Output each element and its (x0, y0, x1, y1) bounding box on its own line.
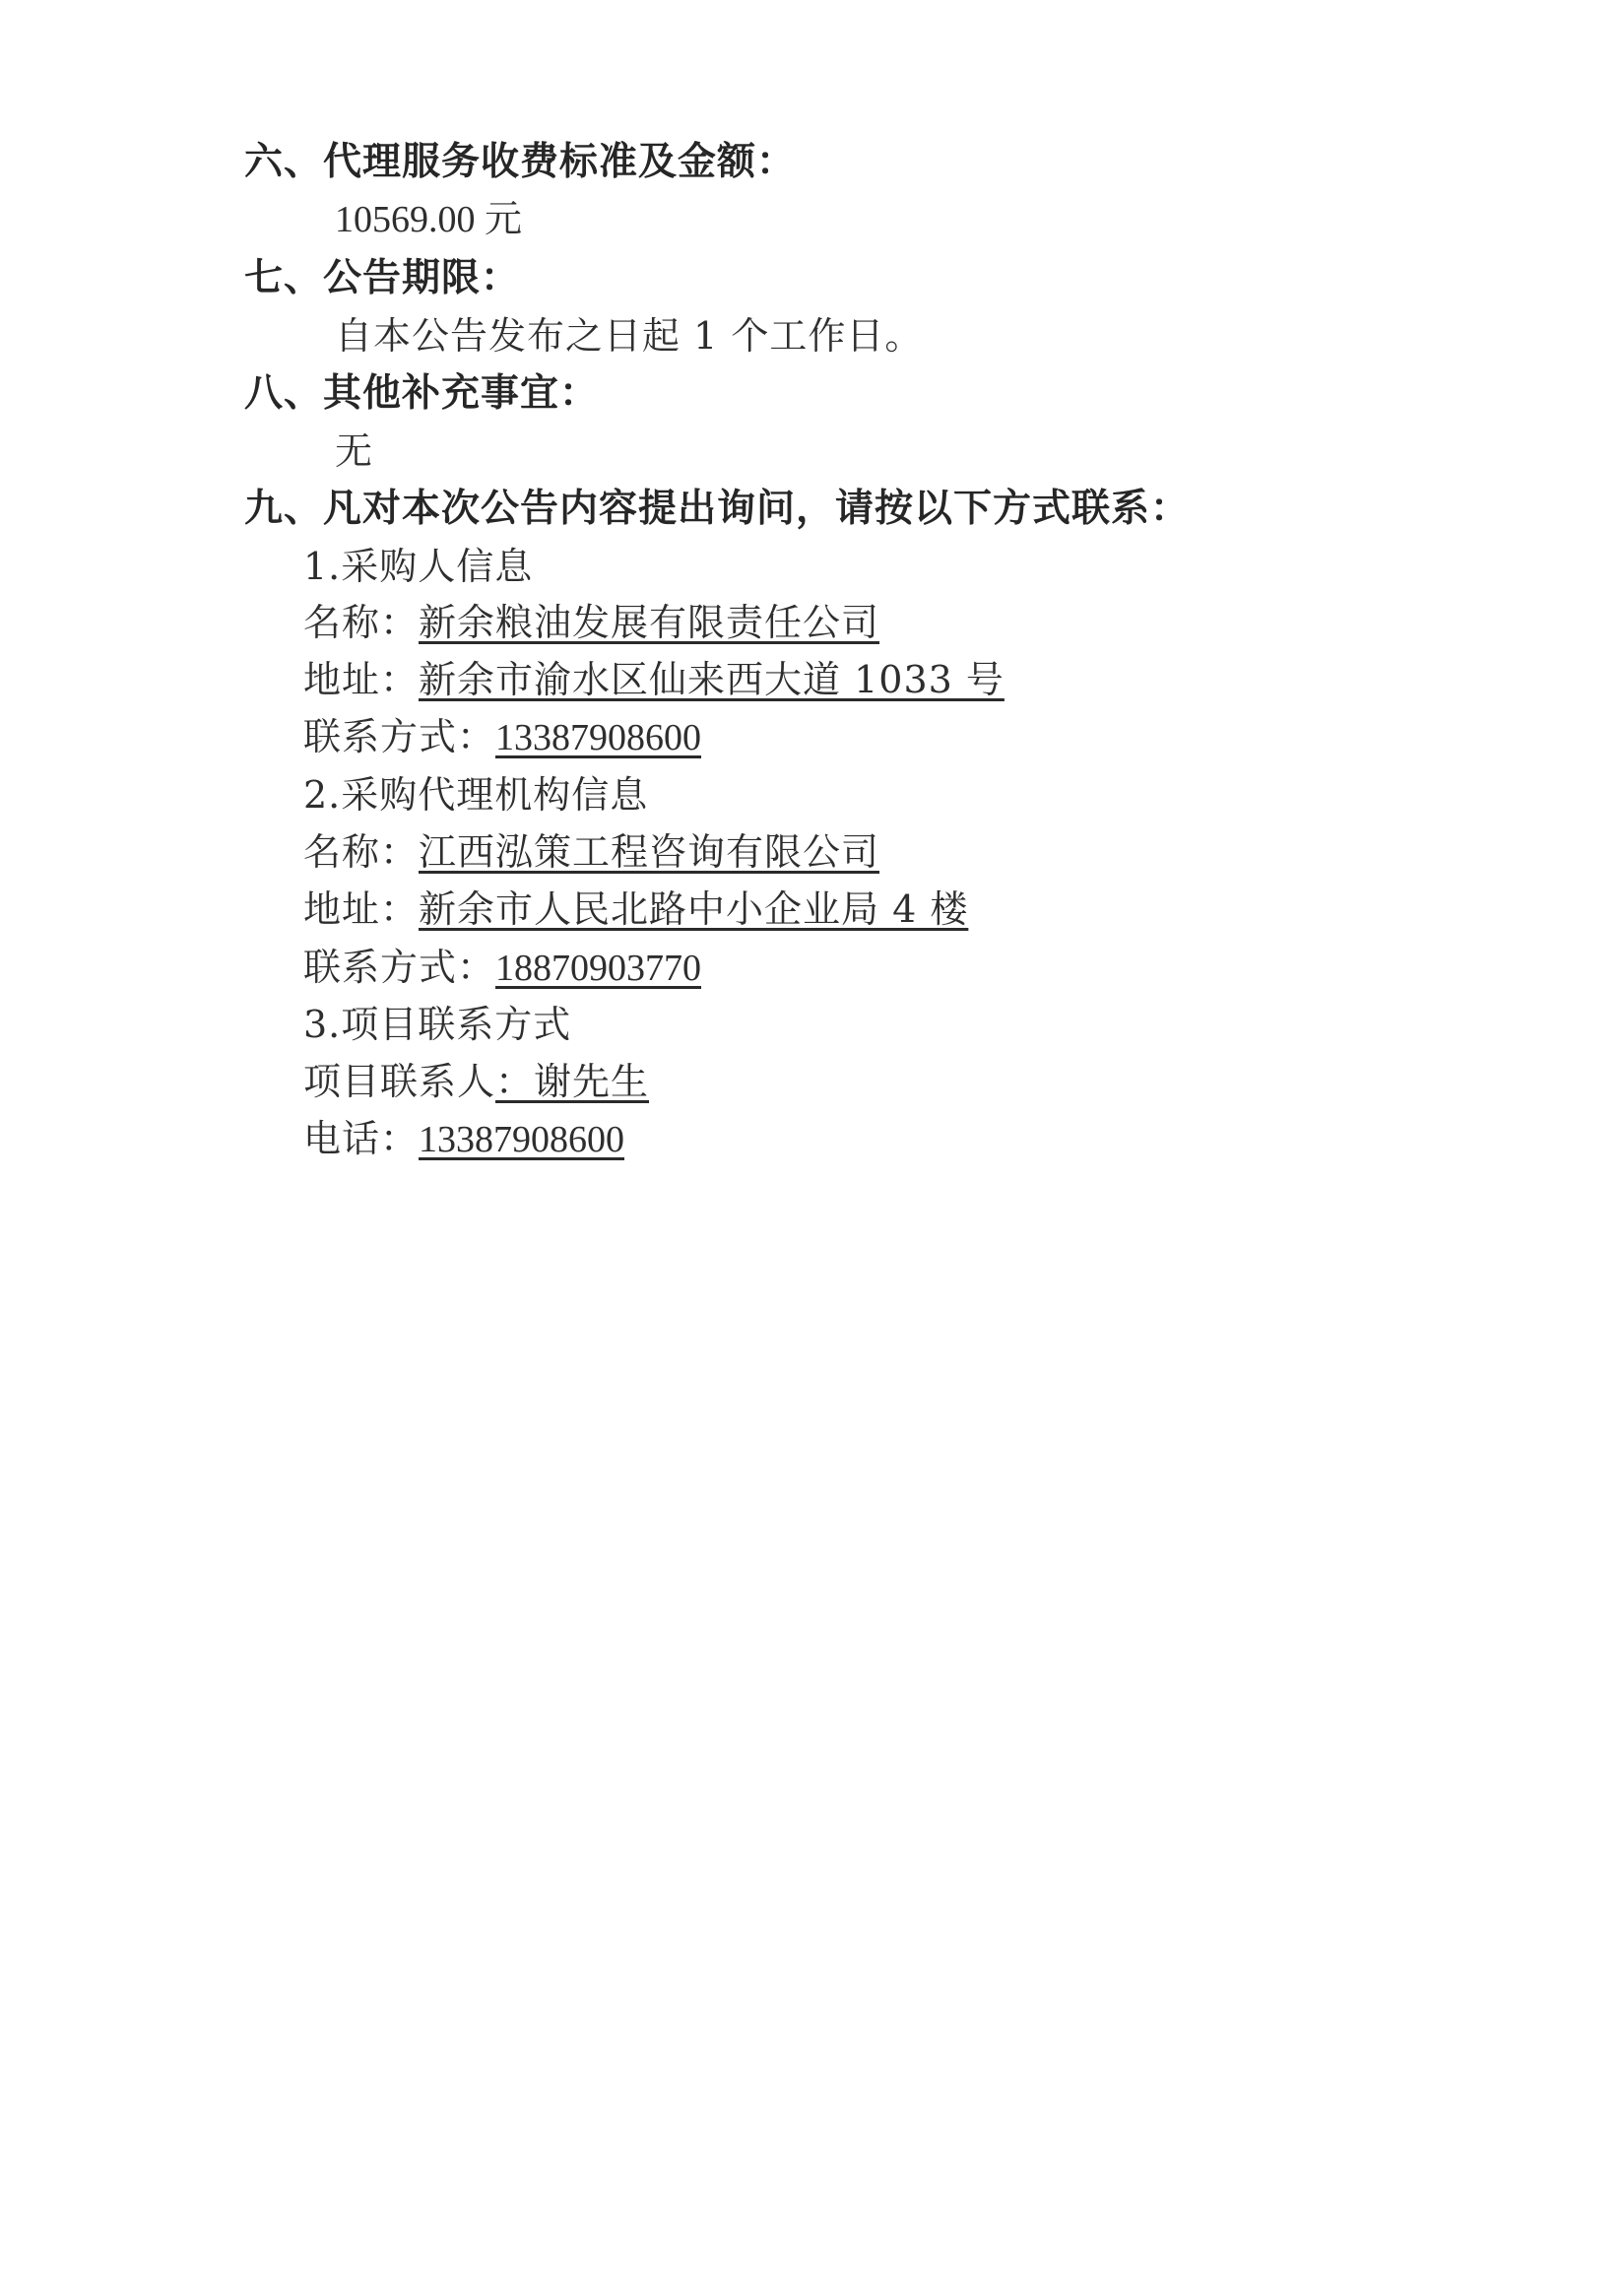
purchaser-name-row: 名称：新余粮油发展有限责任公司 (303, 598, 879, 647)
agency-phone-value: 18870903770 (495, 948, 701, 989)
section-heading-fee: 六、代理服务收费标准及金额： (244, 138, 796, 187)
purchaser-phone-value: 13387908600 (495, 717, 701, 758)
project-phone-value: 13387908600 (419, 1119, 624, 1160)
section-heading-contact: 九、凡对本次公告内容提出询问，请按以下方式联系： (244, 485, 1190, 534)
document-page: 六、代理服务收费标准及金额： 10569.00 元 七、公告期限： 自本公告发布… (0, 0, 1621, 2296)
purchaser-address-label: 地址： (303, 658, 419, 701)
purchaser-address-row: 地址：新余市渝水区仙来西大道 1033 号 (303, 655, 1005, 704)
project-phone-row: 电话：13387908600 (303, 1114, 624, 1164)
agency-name-label: 名称： (303, 830, 419, 874)
agency-info-title: 2.采购代理机构信息 (303, 770, 648, 820)
purchaser-name-label: 名称： (303, 601, 419, 644)
fee-amount: 10569.00 元 (335, 195, 522, 244)
purchaser-address-value: 新余市渝水区仙来西大道 1033 号 (419, 658, 1005, 701)
purchaser-info-title: 1.采购人信息 (303, 542, 533, 591)
notice-period-text: 自本公告发布之日起 1 个工作日。 (335, 311, 923, 361)
other-matters-text: 无 (335, 426, 373, 476)
project-person-value: ：谢先生 (495, 1060, 649, 1103)
purchaser-name-value: 新余粮油发展有限责任公司 (419, 601, 879, 644)
agency-name-value: 江西泓策工程咨询有限公司 (419, 830, 879, 874)
section-heading-other-matters: 八、其他补充事宜： (244, 369, 599, 419)
project-person-row: 项目联系人：谢先生 (303, 1057, 649, 1106)
section-heading-notice-period: 七、公告期限： (244, 254, 520, 303)
agency-phone-row: 联系方式：18870903770 (303, 943, 701, 993)
purchaser-phone-label: 联系方式： (303, 715, 495, 758)
project-person-label: 项目联系人 (303, 1060, 495, 1103)
agency-phone-label: 联系方式： (303, 946, 495, 989)
purchaser-phone-row: 联系方式：13387908600 (303, 712, 701, 762)
agency-address-row: 地址：新余市人民北路中小企业局 4 楼 (303, 885, 968, 934)
agency-address-label: 地址： (303, 887, 419, 931)
project-phone-label: 电话： (303, 1117, 419, 1160)
agency-address-value: 新余市人民北路中小企业局 4 楼 (419, 887, 968, 931)
project-contact-title: 3.项目联系方式 (303, 1000, 571, 1049)
agency-name-row: 名称：江西泓策工程咨询有限公司 (303, 827, 879, 877)
